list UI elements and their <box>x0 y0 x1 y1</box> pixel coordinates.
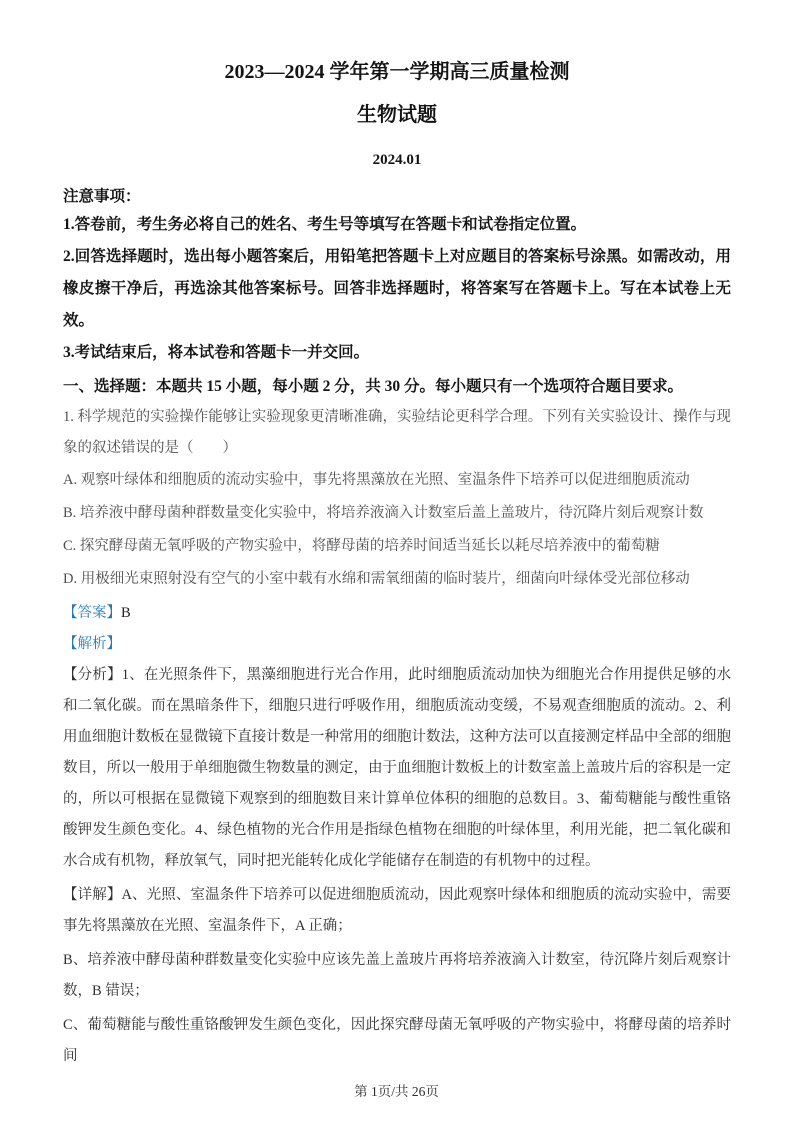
notice-item-3: 3.考试结束后，将本试卷和答题卡一并交回。 <box>63 337 731 369</box>
detail-paragraph-b: B、培养液中酵母菌种群数量变化实验中应该先盖上盖玻片再将培养液滴入计数室，待沉降… <box>63 945 731 1007</box>
detail-paragraph-c: C、葡萄糖能与酸性重铬酸钾发生颜色变化，因此探究酵母菌无氧呼吸的产物实验中，将酵… <box>63 1010 731 1072</box>
answer-label: 【答案】 <box>63 605 121 621</box>
detail-text-a: A、光照、室温条件下培养可以促进细胞质流动，因此观察叶绿体和细胞质的流动实验中，… <box>63 887 731 934</box>
page-number-footer: 第 1页/共 26页 <box>0 1080 793 1100</box>
question-1-stem: 1. 科学规范的实验操作能够让实验现象更清晰准确，实验结论更科学合理。下列有关实… <box>63 402 731 464</box>
detail-label: 【详解】 <box>63 887 121 903</box>
question-1-option-a: A. 观察叶绿体和细胞质的流动实验中，事先将黑藻放在光照、室温条件下培养可以促进… <box>63 464 731 497</box>
exam-subject-title: 生物试题 <box>63 101 731 129</box>
exam-title: 2023—2024 学年第一学期高三质量检测 <box>63 58 731 86</box>
notice-item-1: 1.答卷前，考生务必将自己的姓名、考生号等填写在答题卡和试卷指定位置。 <box>63 209 731 241</box>
analysis-label: 【分析】 <box>63 667 122 683</box>
analysis-text: 1、在光照条件下，黑藻细胞进行光合作用，此时细胞质流动加快为细胞光合作用提供足够… <box>63 667 731 869</box>
question-1-option-c: C. 探究酵母菌无氧呼吸的产物实验中，将酵母菌的培养时间适当延长以耗尽培养液中的… <box>63 530 731 563</box>
question-1-option-b: B. 培养液中酵母菌种群数量变化实验中，将培养液滴入计数室后盖上盖玻片，待沉降片… <box>63 497 731 530</box>
answer-value: B <box>121 605 131 621</box>
notice-item-2: 2.回答选择题时，选出每小题答案后，用铅笔把答题卡上对应题目的答案标号涂黑。如需… <box>63 241 731 337</box>
exam-document-page: 2023—2024 学年第一学期高三质量检测 生物试题 2024.01 注意事项… <box>0 0 793 1122</box>
answer-line: 【答案】B <box>63 598 731 629</box>
exam-date: 2024.01 <box>63 150 731 170</box>
explanation-label: 【解析】 <box>63 636 121 652</box>
question-1-option-d: D. 用极细光束照射没有空气的小室中载有水绵和需氧细菌的临时装片，细菌向叶绿体受… <box>63 563 731 596</box>
analysis-paragraph: 【分析】1、在光照条件下，黑藻细胞进行光合作用，此时细胞质流动加快为细胞光合作用… <box>63 660 731 877</box>
section-heading-multiple-choice: 一、选择题：本题共 15 小题，每小题 2 分，共 30 分。每小题只有一个选项… <box>63 371 731 402</box>
detail-paragraph-a: 【详解】A、光照、室温条件下培养可以促进细胞质流动，因此观察叶绿体和细胞质的流动… <box>63 880 731 942</box>
explanation-label-line: 【解析】 <box>63 629 731 660</box>
notice-heading: 注意事项： <box>63 185 731 209</box>
